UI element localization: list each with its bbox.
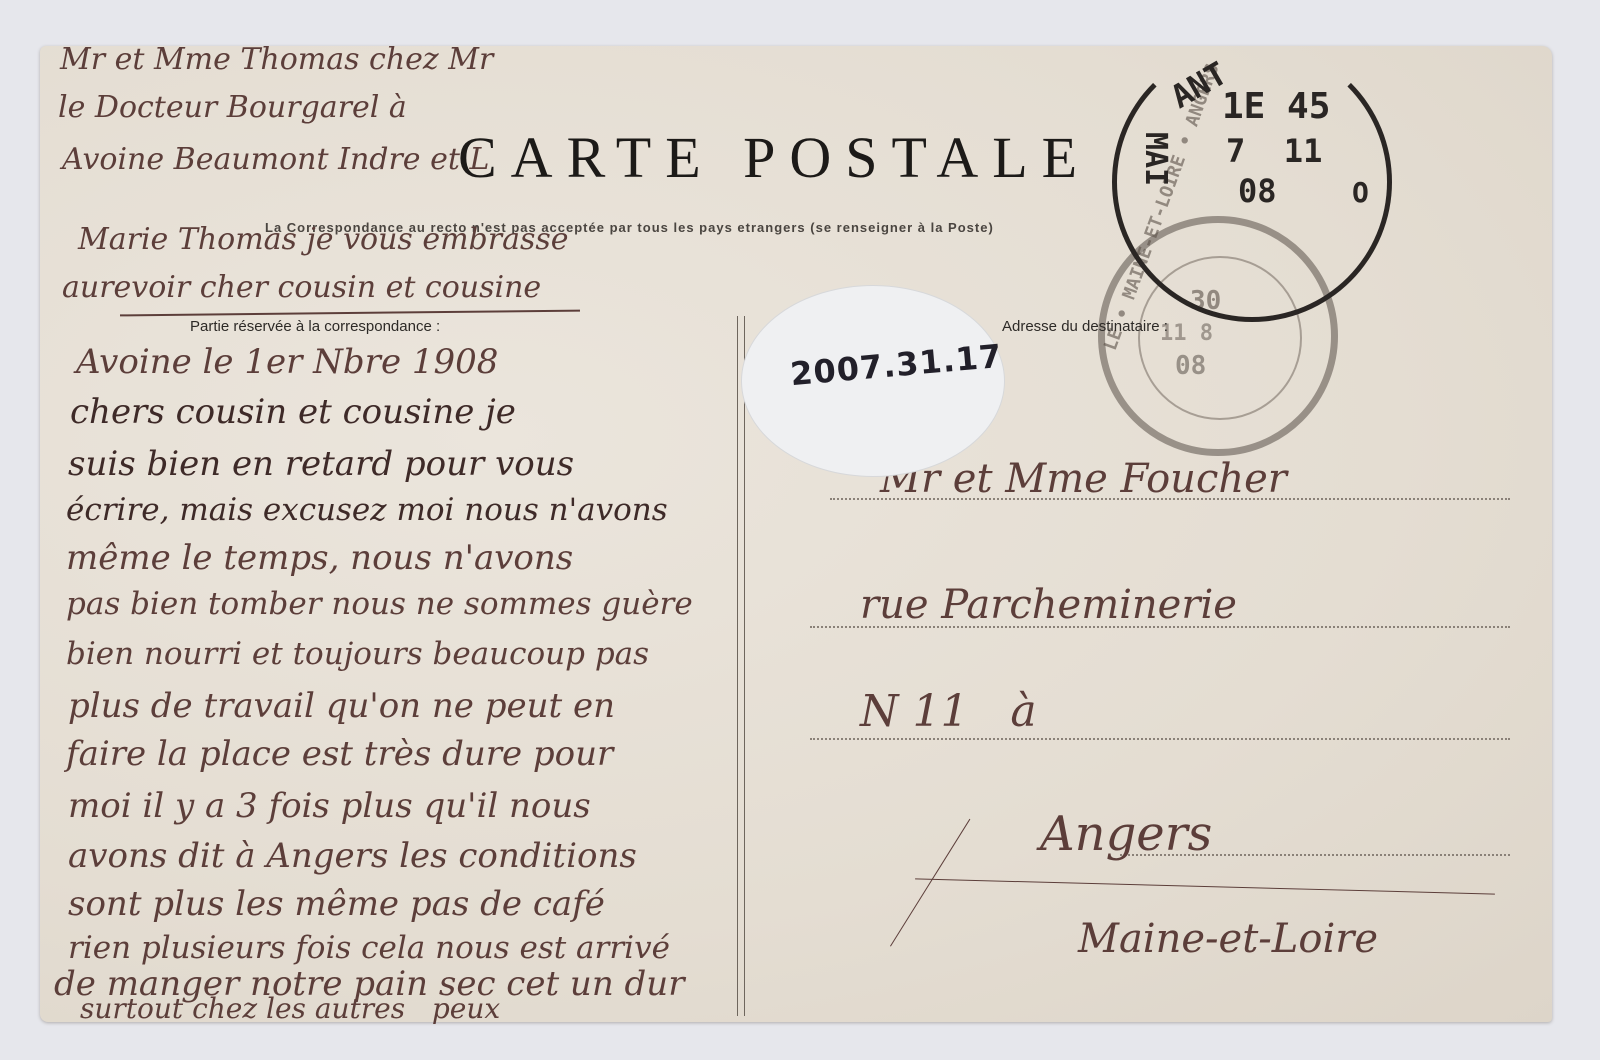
sender-note-line: le Docteur Bourgarel à (58, 90, 407, 125)
message-line: moi il y a 3 fois plus qu'il nous (68, 786, 591, 826)
recipient-name: Mr et Mme Foucher (880, 456, 1287, 502)
postmark-arrival-line3: 08 (1175, 351, 1206, 381)
message-line: suis bien en retard pour vous (68, 444, 574, 484)
postmark-arrival-line2: 11 8 (1160, 321, 1213, 346)
message-line: bien nourri et toujours beaucoup pas (66, 636, 649, 672)
message-line: écrire, mais excusez moi nous n'avons (66, 492, 668, 528)
sender-note-line: Avoine Beaumont Indre et L (62, 142, 489, 177)
postmark-date-year: 08 (1238, 172, 1277, 210)
correspondence-label: Partie réservée à la correspondance : (190, 318, 440, 335)
address-flourish (915, 878, 1495, 894)
message-line: avons dit à Angers les conditions (68, 836, 637, 876)
recipient-city: Angers (1040, 806, 1212, 862)
postmark-arc-left: MAI (1138, 132, 1173, 186)
sender-note-line: Marie Thomas je vous embrasse (78, 222, 569, 257)
message-line: chers cousin et cousine je (70, 392, 516, 432)
message-line: rien plusieurs fois cela nous est arrivé (68, 930, 670, 966)
message-line: pas bien tomber nous ne sommes guère (66, 586, 693, 622)
recipient-department: Maine-et-Loire (1078, 916, 1378, 962)
postmark-arc-right: O (1352, 176, 1369, 209)
recipient-house-number: N 11 à (860, 686, 1037, 737)
message-line: surtout chez les autres peux (80, 992, 500, 1025)
sender-note-line: Mr et Mme Thomas chez Mr (60, 42, 493, 77)
message-line: faire la place est très dure pour (66, 734, 613, 774)
message-line: sont plus les même pas de café (68, 884, 605, 924)
address-slash-stroke (890, 819, 970, 947)
postmark-time: 1E 45 (1222, 86, 1330, 127)
recipient-street: rue Parcheminerie (860, 582, 1237, 628)
address-label: Adresse du destinataire : (1002, 318, 1168, 335)
postmark-date-day-month: 7 11 (1226, 132, 1322, 170)
postcard-back: 30 11 8 08 LE • MAINE-ET-LOIRE • ANGERS … (40, 46, 1552, 1022)
card-title: CARTE POSTALE (458, 124, 1091, 191)
message-line: plus de travail qu'on ne peut en (68, 686, 615, 726)
center-divider (737, 316, 745, 1016)
sender-note-line: aurevoir cher cousin et cousine (62, 270, 541, 305)
sender-note-underline (120, 310, 580, 317)
address-line-3 (810, 738, 1510, 740)
message-date: Avoine le 1er Nbre 1908 (76, 342, 498, 382)
message-line: même le temps, nous n'avons (66, 538, 573, 578)
